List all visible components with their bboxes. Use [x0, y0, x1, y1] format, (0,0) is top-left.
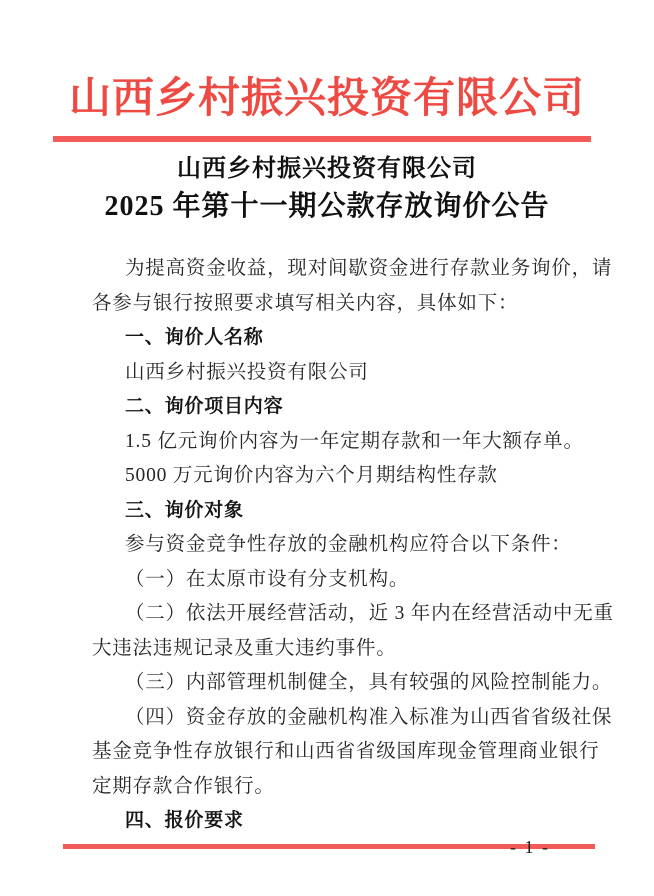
- body-text-line: 大违法违规记录及重大违约事件。: [92, 632, 592, 667]
- body-text-line: 5000 万元询价内容为六个月期结构性存款: [92, 459, 592, 494]
- document-title-line2: 2025 年第十一期公款存放询价公告: [0, 188, 654, 226]
- section-heading: 一、询价人名称: [92, 321, 592, 356]
- section-heading: 三、询价对象: [92, 494, 592, 529]
- body-text-line: （二）依法开展经营活动，近 3 年内在经营活动中无重: [92, 597, 592, 632]
- body-text-line: （三）内部管理机制健全，具有较强的风险控制能力。: [92, 666, 592, 701]
- body-text-line: 山西乡村振兴投资有限公司: [92, 356, 592, 391]
- page-number: - 1 -: [495, 836, 565, 858]
- section-heading: 二、询价项目内容: [92, 390, 592, 425]
- document-body: 为提高资金收益，现对间歇资金进行存款业务询价，请各参与银行按照要求填写相关内容，…: [92, 252, 592, 839]
- body-text-line: （四）资金存放的金融机构准入标准为山西省省级社保: [92, 701, 592, 736]
- body-text-line: 为提高资金收益，现对间歇资金进行存款业务询价，请: [92, 252, 592, 287]
- section-heading: 四、报价要求: [92, 804, 592, 839]
- company-letterhead: 山西乡村振兴投资有限公司: [0, 74, 654, 124]
- body-text-line: 参与资金竞争性存放的金融机构应符合以下条件：: [92, 528, 592, 563]
- body-text-line: （一）在太原市设有分支机构。: [92, 563, 592, 598]
- body-text-line: 1.5 亿元询价内容为一年定期存款和一年大额存单。: [92, 425, 592, 460]
- document-page: 山西乡村振兴投资有限公司 山西乡村振兴投资有限公司 2025 年第十一期公款存放…: [0, 0, 654, 896]
- body-text-line: 定期存款合作银行。: [92, 770, 592, 805]
- letterhead-divider-rule: [53, 136, 591, 142]
- body-text-line: 各参与银行按照要求填写相关内容，具体如下：: [92, 287, 592, 322]
- document-title-line1: 山西乡村振兴投资有限公司: [0, 153, 654, 185]
- body-text-line: 基金竞争性存放银行和山西省省级国库现金管理商业银行: [92, 735, 592, 770]
